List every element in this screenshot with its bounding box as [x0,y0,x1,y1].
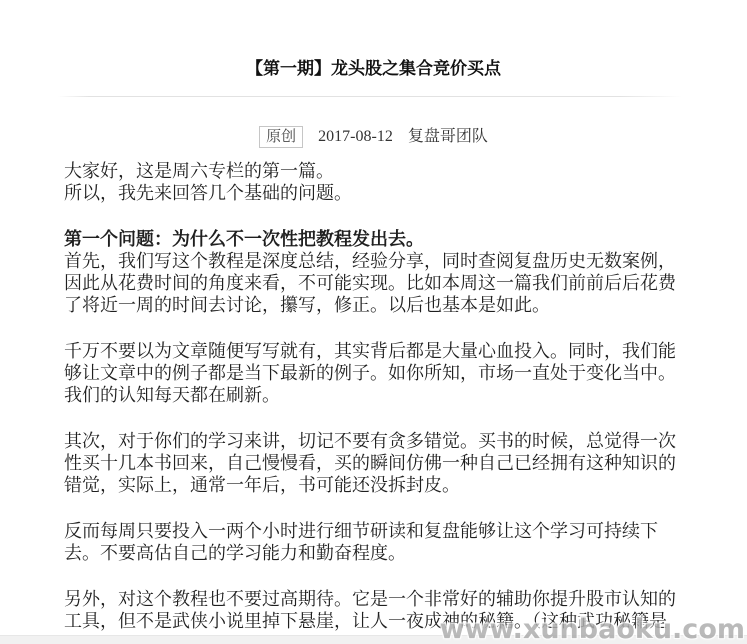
paragraph-weekly: 反而每周只要投入一两个小时进行细节研读和复盘能够让这个学习可持续下去。不要高估自… [64,520,680,564]
title-divider [58,96,682,97]
paragraph-effort: 千万不要以为文章随便写写就有，其实背后都是大量心血投入。同时，我们能够让文章中的… [64,340,680,406]
publish-date: 2017-08-12 [318,126,393,148]
paragraph-intro: 大家好，这是周六专栏的第一篇。 所以，我先来回答几个基础的问题。 [64,160,680,204]
original-badge: 原创 [259,126,303,148]
paragraph-learning: 其次，对于你们的学习来讲，切记不要有贪多错觉。买书的时候，总觉得一次性买十几本书… [64,430,680,496]
question-heading: 第一个问题：为什么不一次性把教程发出去。 [64,228,680,250]
byline: 原创2017-08-12复盘哥团队 [0,126,747,148]
article-title: 【第一期】龙头股之集合竞价买点 [0,57,747,81]
paragraph-question-1: 第一个问题：为什么不一次性把教程发出去。首先，我们写这个教程是深度总结，经验分享… [64,228,680,316]
paragraph-text: 首先，我们写这个教程是深度总结，经验分享，同时查阅复盘历史无数案例，因此从花费时… [64,250,680,316]
author-name: 复盘哥团队 [408,126,488,148]
bottom-band [0,635,747,644]
article-body: 大家好，这是周六专栏的第一篇。 所以，我先来回答几个基础的问题。 第一个问题：为… [64,160,680,632]
article-page: 【第一期】龙头股之集合竞价买点 原创2017-08-12复盘哥团队 大家好，这是… [0,0,747,644]
paragraph-expectation: 另外，对这个教程也不要过高期待。它是一个非常好的辅助你提升股市认知的工具，但不是… [64,588,680,632]
